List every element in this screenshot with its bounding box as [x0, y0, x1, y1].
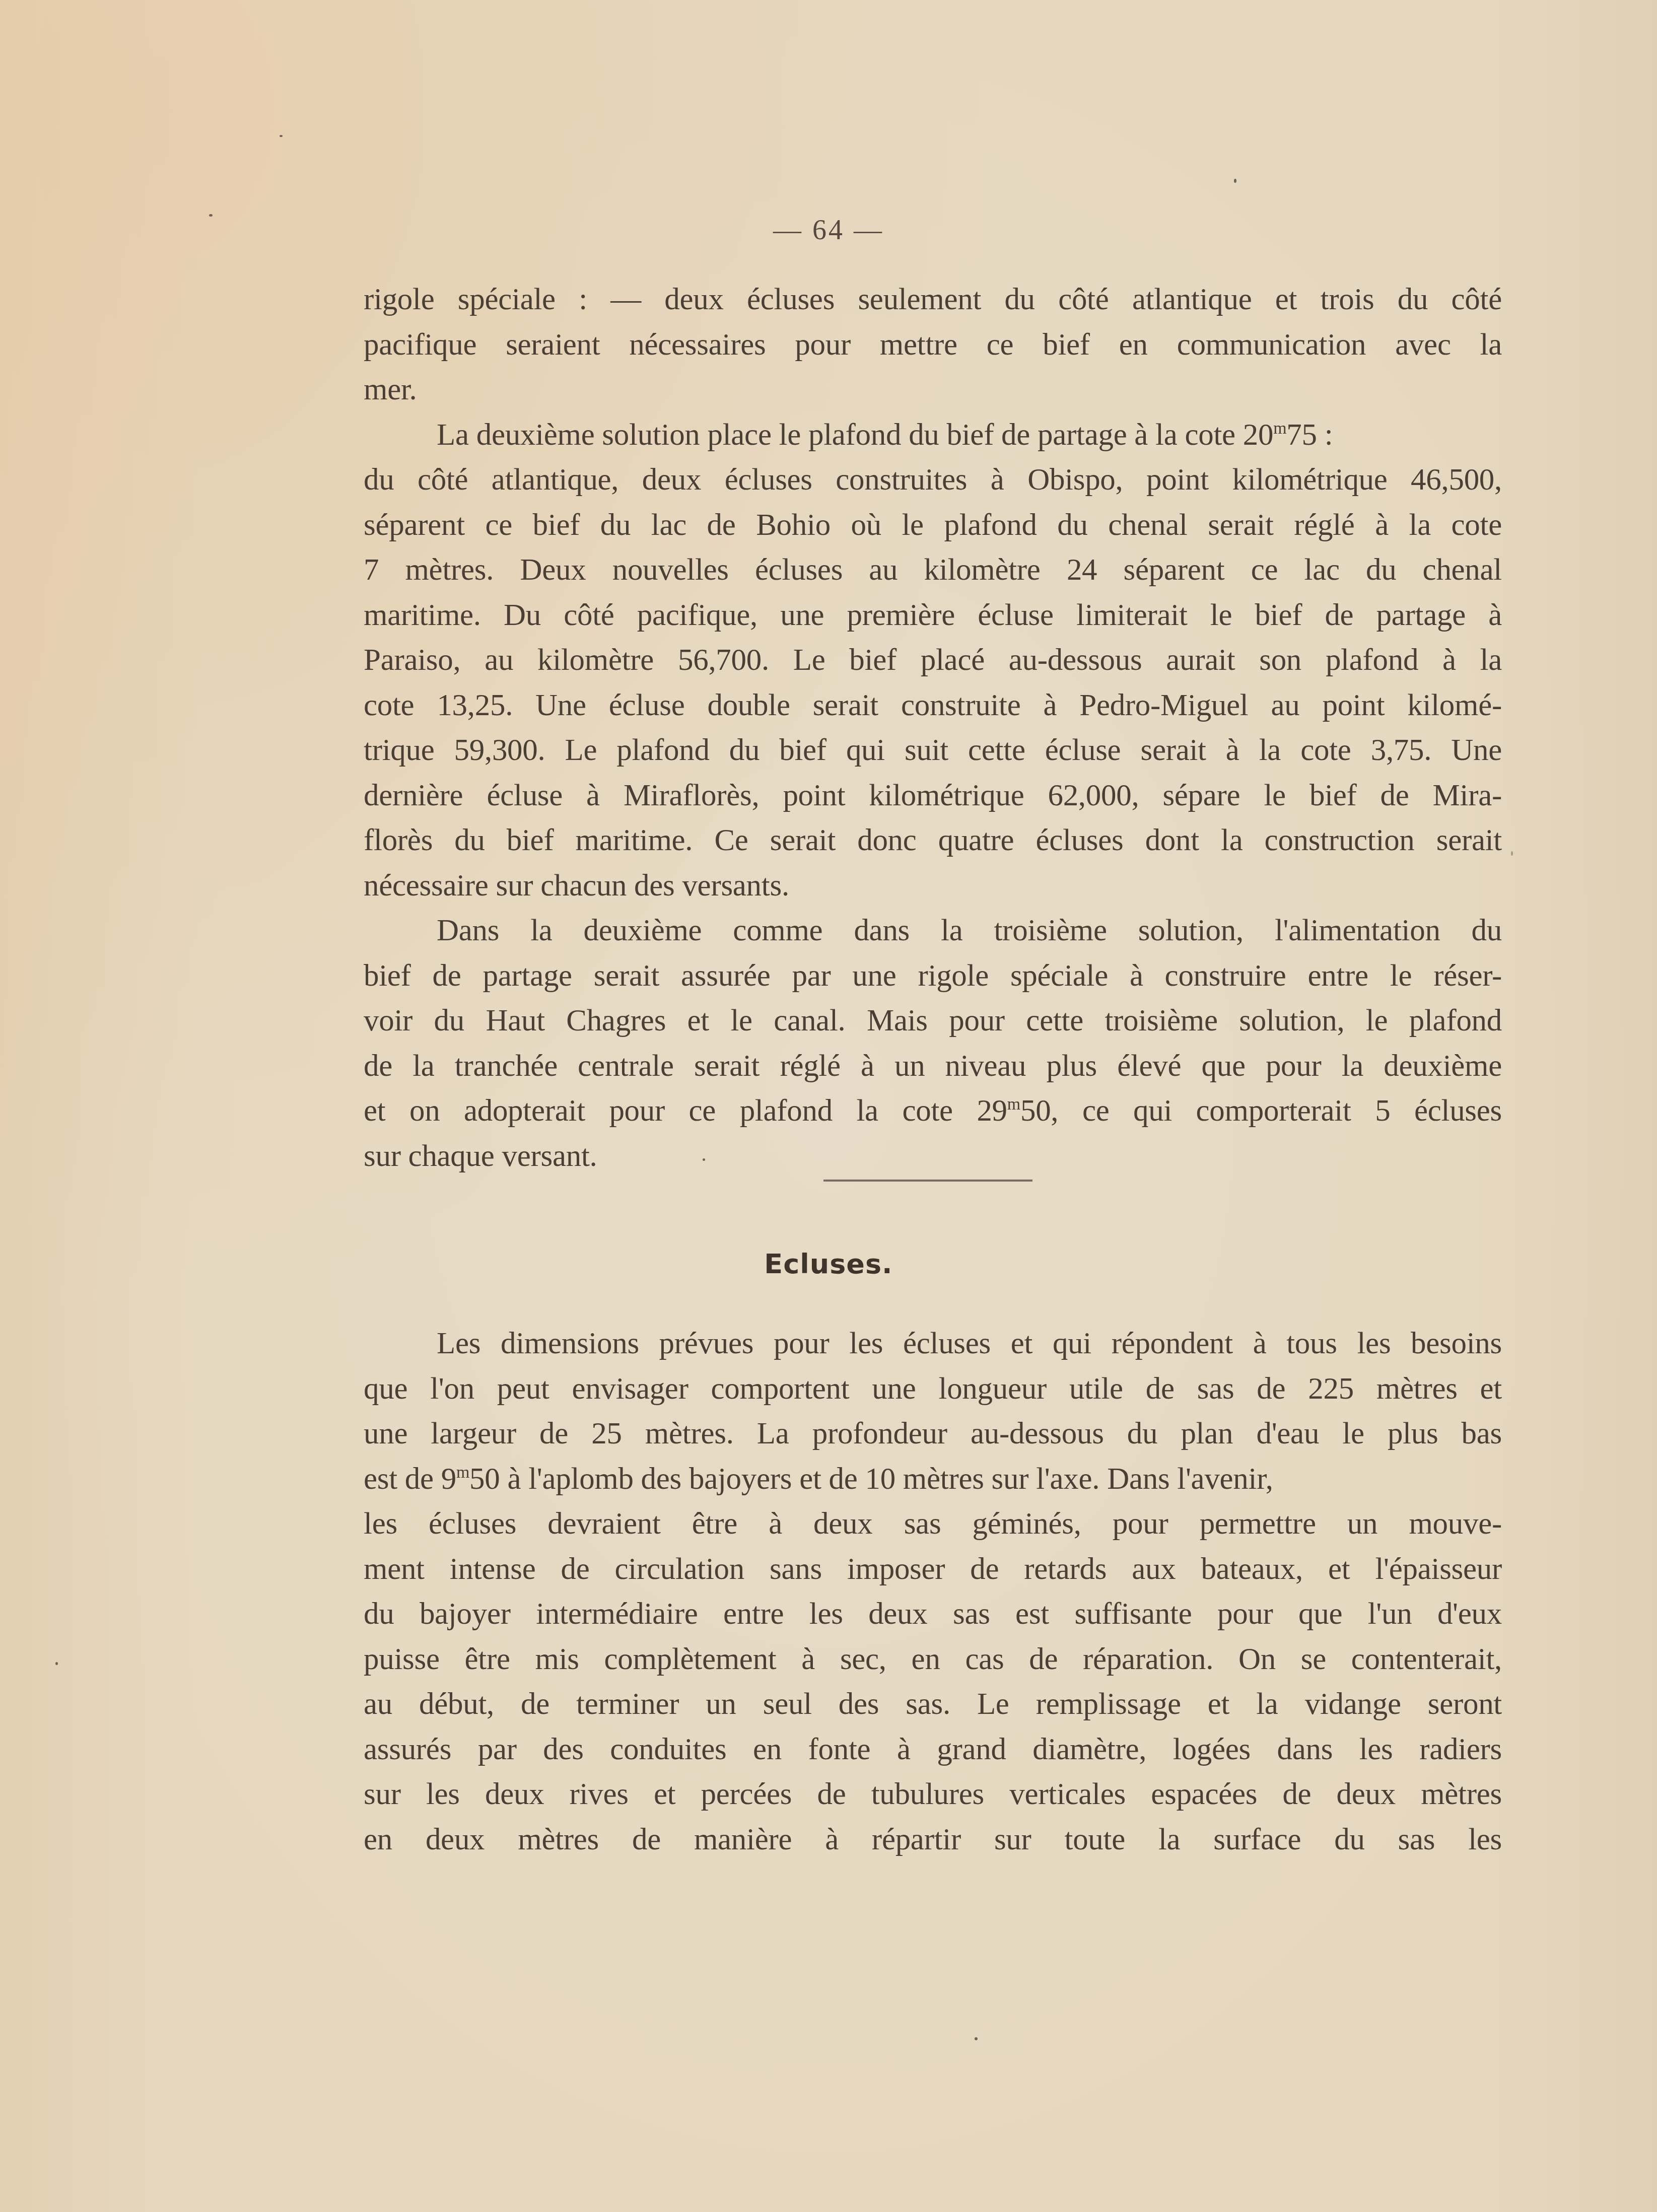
text-line: rigole spéciale : — deux écluses seuleme…: [364, 277, 1502, 322]
text-fragment: 50 à l'aplomb des bajoyers et de 10 mètr…: [469, 1462, 1273, 1496]
paper-speck: [55, 1662, 58, 1665]
text-line: assurés par des conduites en fonte à gra…: [364, 1727, 1502, 1772]
paper-speck: [1234, 179, 1236, 183]
text-line: que l'on peut envisager comportent une l…: [364, 1366, 1502, 1412]
text-fragment: 50, ce qui comporterait 5 écluses: [1020, 1094, 1502, 1128]
paper-speck: [1511, 851, 1513, 856]
text-line: séparent ce bief du lac de Bohio où le p…: [364, 503, 1502, 548]
section-divider-rule: [823, 1180, 1032, 1182]
text-fragment: est de 9: [364, 1462, 456, 1496]
text-line: puisse être mis complètement à sec, en c…: [364, 1637, 1502, 1682]
text-line: du côté atlantique, deux écluses constru…: [364, 457, 1502, 503]
text-line: une largeur de 25 mètres. La profondeur …: [364, 1411, 1502, 1457]
text-line: dernière écluse à Miraflorès, point kilo…: [364, 773, 1502, 818]
text-line: cote 13,25. Une écluse double serait con…: [364, 683, 1502, 728]
text-line-paragraph-start: La deuxième solution place le plafond du…: [364, 412, 1502, 458]
text-line: pacifique seraient nécessaires pour mett…: [364, 322, 1502, 368]
text-line: voir du Haut Chagres et le canal. Mais p…: [364, 998, 1502, 1044]
text-line: mer.: [364, 367, 1502, 412]
text-line: bief de partage serait assurée par une r…: [364, 953, 1502, 999]
text-fragment: La deuxième solution place le plafond du…: [437, 418, 1273, 452]
body-text-section-2: Les dimensions prévues pour les écluses …: [364, 1321, 1502, 1862]
text-line: sur chaque versant.: [364, 1134, 1502, 1179]
text-line: et on adopterait pour ce plafond la cote…: [364, 1088, 1502, 1134]
paper-speck: [209, 214, 213, 217]
superscript-unit: m: [456, 1463, 469, 1482]
page-number: — 64 —: [0, 214, 1657, 246]
body-text-section-1: rigole spéciale : — deux écluses seuleme…: [364, 277, 1502, 1179]
text-line: est de 9m50 à l'aplomb des bajoyers et d…: [364, 1457, 1502, 1502]
text-line: ment intense de circulation sans imposer…: [364, 1547, 1502, 1592]
text-line: 7 mètres. Deux nouvelles écluses au kilo…: [364, 547, 1502, 593]
section-heading: Ecluses.: [0, 1248, 1657, 1280]
paper-speck: [280, 135, 283, 137]
superscript-unit: m: [1007, 1095, 1020, 1114]
text-fragment: 75 :: [1286, 418, 1333, 452]
paper-speck: [975, 2037, 978, 2040]
text-line: au début, de terminer un seul des sas. L…: [364, 1682, 1502, 1727]
text-line: Paraiso, au kilomètre 56,700. Le bief pl…: [364, 638, 1502, 683]
text-fragment: et on adopterait pour ce plafond la cote…: [364, 1094, 1007, 1128]
paper-speck: [703, 1158, 705, 1161]
text-line-paragraph-start: Les dimensions prévues pour les écluses …: [364, 1321, 1502, 1366]
text-line: florès du bief maritime. Ce serait donc …: [364, 818, 1502, 863]
text-line: de la tranchée centrale serait réglé à u…: [364, 1044, 1502, 1089]
text-line: en deux mètres de manière à répartir sur…: [364, 1817, 1502, 1862]
text-line: trique 59,300. Le plafond du bief qui su…: [364, 728, 1502, 773]
text-line: nécessaire sur chacun des versants.: [364, 863, 1502, 909]
text-line: du bajoyer intermédiaire entre les deux …: [364, 1592, 1502, 1637]
text-line: sur les deux rives et percées de tubulur…: [364, 1772, 1502, 1817]
text-line-paragraph-start: Dans la deuxième comme dans la troisième…: [364, 908, 1502, 953]
superscript-unit: m: [1273, 419, 1286, 438]
text-line: maritime. Du côté pacifique, une premièr…: [364, 593, 1502, 638]
text-line: les écluses devraient être à deux sas gé…: [364, 1501, 1502, 1547]
